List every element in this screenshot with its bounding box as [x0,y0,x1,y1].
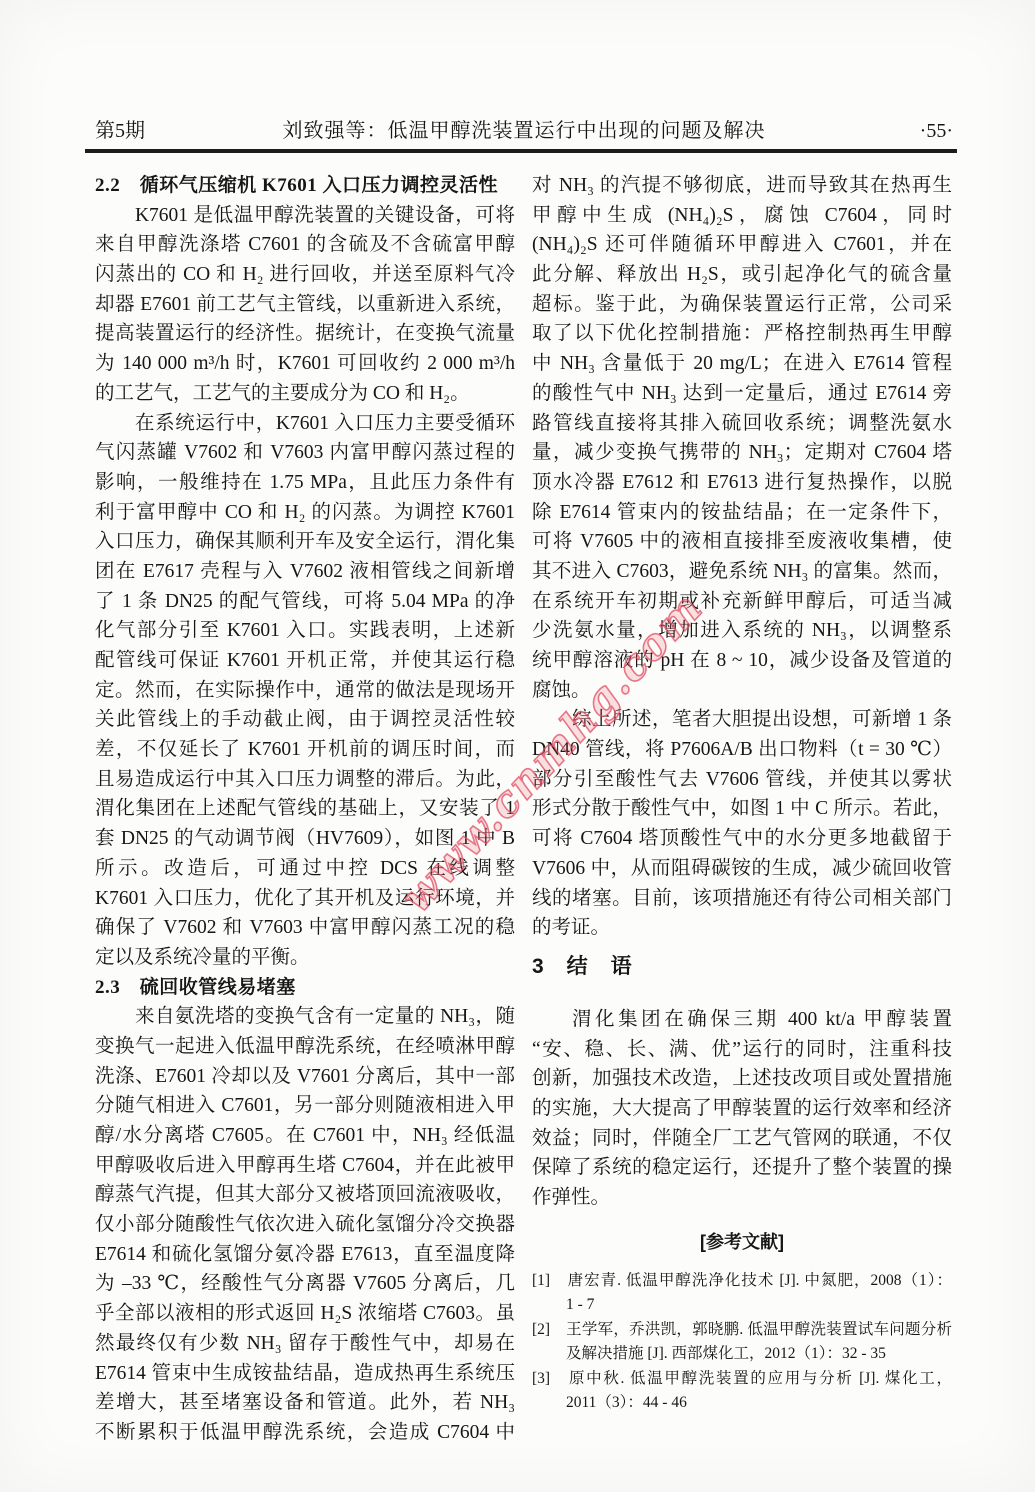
running-header: 第5期 刘致强等：低温甲醇洗装置运行中出现的问题及解决 ·55· [95,114,953,143]
paragraph-line: 其不进入 C7603，避免系统 NH₃ 的富集。然而， [532,557,952,587]
paragraph-line: 取了以下优化控制措施：严格控制热再生甲醇 [532,319,952,349]
subsection-heading: 2.2 循环气压缩机 K7601 入口压力调控灵活性差 [95,171,515,201]
paragraph-line: 醇/水分离塔 C7605。在 C7601 中，NH₃ 经低温 [95,1121,515,1151]
paragraph-line: 此分解、释放出 H₂S，或引起净化气的硫含量 [532,260,952,290]
paragraph-line: 醇蒸气汽提，但其大部分又被塔顶回流液吸收， [95,1180,515,1210]
paragraph-line: E7614 管束中生成铵盐结晶，造成热再生系统压 [95,1359,515,1389]
paragraph-line: 渭化集团在上述配气管线的基础上，又安装了 1 [95,794,515,824]
references-heading: [参考文献] [532,1229,952,1255]
paragraph-line: 量，减少变换气携带的 NH₃；定期对 C7604 塔 [532,438,952,468]
paragraph-line: 差增大，甚至堵塞设备和管道。此外，若 NH₃ [95,1388,515,1418]
paragraph-line: 配管线可保证 K7601 开机正常，并使其运行稳 [95,646,515,676]
paragraph-line: 的考证。 [532,913,952,943]
paragraph-line: 气闪蒸罐 V7602 和 V7603 内富甲醇闪蒸过程的 [95,438,515,468]
scanned-paper-page: 第5期 刘致强等：低温甲醇洗装置运行中出现的问题及解决 ·55· 2.2 循环气… [0,0,1035,1492]
paragraph-line: “安、稳、长、满、优”运行的同时，注重科技 [532,1035,952,1065]
left-column: 2.2 循环气压缩机 K7601 入口压力调控灵活性差K7601 是低温甲醇洗装… [95,171,515,1448]
paragraph-line: 甲醇吸收后进入甲醇再生塔 C7604，并在此被甲 [95,1151,515,1181]
page-number: ·55· [813,120,953,143]
paragraph-line: E7614 和硫化氢馏分氨冷器 E7613，直至温度降 [95,1240,515,1270]
paragraph-line: 分随气相进入 C7601，另一部分则随液相进入甲 [95,1091,515,1121]
section-heading: 3 结 语 [532,952,952,982]
reference-line: 2011（3）：44 - 46 [532,1391,952,1416]
paragraph-line: 定。然而，在实际操作中，通常的做法是现场开 [95,676,515,706]
paragraph-line: 可将 V7605 中的液相直接排至废液收集槽，使 [532,527,952,557]
paragraph-line: 洗涤、E7601 冷却以及 V7601 分离后，其中一部 [95,1062,515,1092]
reference-line: [1] 唐宏青. 低温甲醇洗净化技术 [J]. 中氮肥，2008（1）： [532,1269,952,1294]
paragraph-line: 创新，加强技术改造，上述技改项目或处置措施 [532,1064,952,1094]
paragraph-line: 差，不仅延长了 K7601 开机前的调压时间，而 [95,735,515,765]
subsection-heading: 2.3 硫回收管线易堵塞 [95,973,515,1003]
paragraph-line: 了 1 条 DN25 的配气管线，可将 5.04 MPa 的净 [95,587,515,617]
paragraph-line: 为 –33 ℃，经酸性气分离器 V7605 分离后，几 [95,1269,515,1299]
paragraph-line: 套 DN25 的气动调节阀（HV7609），如图 1 中 B [95,824,515,854]
paragraph-line: 除 E7614 管束内的铵盐结晶；在一定条件下， [532,498,952,528]
paragraph-line: 渭化集团在确保三期 400 kt/a 甲醇装置 [532,1005,952,1035]
paragraph-line: 超标。鉴于此，为确保装置运行正常，公司采 [532,290,952,320]
paragraph-line: 不断累积于低温甲醇洗系统，会造成 C7604 中 [95,1418,515,1448]
paragraph-line: 腐蚀。 [532,676,952,706]
paragraph-line: V7606 中，从而阻碍碳铵的生成，减少硫回收管 [532,854,952,884]
paragraph-line: 在系统运行中，K7601 入口压力主要受循环 [95,409,515,439]
paragraph-line: 来自氨洗塔的变换气含有一定量的 NH₃，随 [95,1002,515,1032]
paragraph-line: 统甲醇溶液的 pH 在 8 ~ 10，减少设备及管道的 [532,646,952,676]
reference-line: [3] 原中秋. 低温甲醇洗装置的应用与分析 [J]. 煤化工， [532,1367,952,1392]
paragraph-line: 少洗氨水量，增加进入系统的 NH₃，以调整系 [532,616,952,646]
paragraph-line: 且易造成运行中其入口压力调整的滞后。为此， [95,765,515,795]
paragraph-line: 闪蒸出的 CO 和 H₂ 进行回收，并送至原料气冷 [95,260,515,290]
paragraph-line: 效益；同时，伴随全厂工艺气管网的联通，不仅 [532,1124,952,1154]
paragraph-line: 影响，一般维持在 1.75 MPa，且此压力条件有 [95,468,515,498]
paragraph-line: 关此管线上的手动截止阀，由于调控灵活性较 [95,705,515,735]
paragraph-line: 对 NH₃ 的汽提不够彻底，进而导致其在热再生 [532,171,952,201]
paragraph-line: 线的堵塞。目前，该项措施还有待公司相关部门 [532,884,952,914]
paragraph-line: 保障了系统的稳定运行，还提升了整个装置的操 [532,1153,952,1183]
paragraph-line: DN40 管线，将 P7606A/B 出口物料（t = 30 ℃） [532,735,952,765]
paragraph-line: 中 NH₃ 含量低于 20 mg/L；在进入 E7614 管程 [532,349,952,379]
paragraph-line: 作弹性。 [532,1183,952,1213]
paragraph-line: 可将 C7604 塔顶酸性气中的水分更多地截留于 [532,824,952,854]
paragraph-line: 的酸性气中 NH₃ 达到一定量后，通过 E7614 旁 [532,379,952,409]
paragraph-line: 确保了 V7602 和 V7603 中富甲醇闪蒸工况的稳 [95,913,515,943]
paragraph-line: K7601 是低温甲醇洗装置的关键设备，可将 [95,201,515,231]
paragraph-line: 所示。改造后，可通过中控 DCS 在线调整 [95,854,515,884]
reference-line: 及解决措施 [J]. 西部煤化工，2012（1）：32 - 35 [532,1342,952,1367]
paragraph-line: 路管线直接将其排入硫回收系统；调整洗氨水 [532,409,952,439]
paragraph-line: 的实施，大大提高了甲醇装置的运行效率和经济 [532,1094,952,1124]
paragraph-line: 入口压力，确保其顺利开车及安全运行，渭化集 [95,527,515,557]
paragraph-line: 顶水冷器 E7612 和 E7613 进行复热操作，以脱 [532,468,952,498]
paragraph-line: 形式分散于酸性气中，如图 1 中 C 所示。若此， [532,794,952,824]
paragraph-line: (NH₄)₂S 还可伴随循环甲醇进入 C7601，并在 [532,230,952,260]
paragraph-line: 提高装置运行的经济性。据统计，在变换气流量 [95,319,515,349]
paragraph-line: 的工艺气，工艺气的主要成分为 CO 和 H₂。 [95,379,515,409]
right-column: 对 NH₃ 的汽提不够彻底，进而导致其在热再生甲醇中生成 (NH₄)₂S，腐蚀 … [532,171,952,1416]
paragraph-line: 甲醇中生成 (NH₄)₂S，腐蚀 C7604，同时 [532,201,952,231]
paragraph-line: 却器 E7601 前工艺气主管线，以重新进入系统， [95,290,515,320]
paragraph-line: 然最终仅有少数 NH₃ 留存于酸性气中，却易在 [95,1329,515,1359]
paragraph-line: 为 140 000 m³/h 时，K7601 可回收约 2 000 m³/h [95,349,515,379]
paragraph-line: 乎全部以液相的形式返回 H₂S 浓缩塔 C7603。虽 [95,1299,515,1329]
paragraph-line: K7601 入口压力，优化了其开机及运行环境，并 [95,884,515,914]
reference-line: [2] 王学军，乔洪凯，郭晓鹏. 低温甲醇洗装置试车问题分析 [532,1318,952,1343]
paragraph-line: 团在 E7617 壳程与入 V7602 液相管线之间新增 [95,557,515,587]
paragraph-line: 化气部分引至 K7601 入口。实践表明，上述新 [95,616,515,646]
paragraph-line: 变换气一起进入低温甲醇洗系统，在经喷淋甲醇 [95,1032,515,1062]
paragraph-line: 仅小部分随酸性气依次进入硫化氢馏分冷交换器 [95,1210,515,1240]
header-rule [85,149,957,153]
paragraph-line: 部分引至酸性气去 V7606 管线，并使其以雾状 [532,765,952,795]
paragraph-line: 利于富甲醇中 CO 和 H₂ 的闪蒸。为调控 K7601 [95,498,515,528]
paragraph-line: 综上所述，笔者大胆提出设想，可新增 1 条 [532,705,952,735]
paragraph-line: 定以及系统冷量的平衡。 [95,943,515,973]
journal-issue: 第5期 [95,114,235,143]
reference-line: 1 - 7 [532,1293,952,1318]
running-title: 刘致强等：低温甲醇洗装置运行中出现的问题及解决 [235,114,813,143]
paragraph-line: 在系统开车初期或补充新鲜甲醇后，可适当减 [532,587,952,617]
paragraph-line: 来自甲醇洗涤塔 C7601 的含硫及不含硫富甲醇 [95,230,515,260]
